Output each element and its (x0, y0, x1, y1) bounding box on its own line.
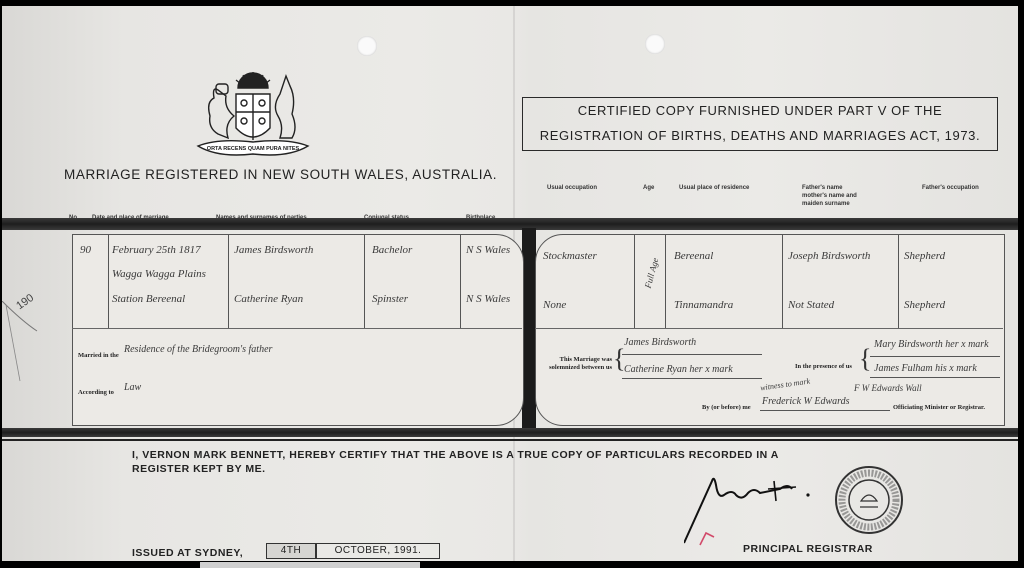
presence-label: In the presence of us (795, 363, 852, 371)
officiant-signature: Frederick W Edwards (762, 396, 850, 407)
groom-name: James Birdsworth (234, 244, 313, 256)
groom-status: Bachelor (372, 244, 412, 256)
grid-line (108, 234, 109, 328)
bride-residence: Tinnamandra (674, 299, 733, 311)
by-or-before-label: By (or before) me (702, 404, 751, 412)
signature-line (622, 378, 762, 379)
nsw-coat-of-arms-icon: ORTA RECENS QUAM PURA NITES (188, 68, 318, 164)
issued-at-label: ISSUED AT SYDNEY, (132, 547, 243, 559)
groom-father: Joseph Birdsworth (788, 250, 870, 262)
principal-registrar-title: PRINCIPAL REGISTRAR (743, 543, 873, 555)
entry-place-line2: Station Bereenal (112, 293, 185, 305)
grid-line (72, 328, 522, 329)
officiant-role: Officiating Minister or Registrar. (893, 404, 985, 412)
registrar-signature-icon (684, 471, 824, 551)
according-to-label: According to (78, 389, 114, 397)
grid-line (634, 234, 635, 328)
groom-residence: Bereenal (674, 250, 713, 262)
grid-line (228, 234, 229, 328)
col-header-father-occupation: Father's occupation (922, 184, 979, 192)
bride-name: Catherine Ryan (234, 293, 303, 305)
party1-signature: James Birdsworth (624, 337, 696, 348)
brace-icon: { (859, 346, 871, 372)
married-in-value: Residence of the Bridegroom's father (124, 344, 272, 355)
certification-statement: I, VERNON MARK BENNETT, HEREBY CERTIFY T… (132, 448, 779, 476)
grid-line (460, 234, 461, 328)
witness2-signature: James Fulham his x mark (874, 363, 977, 374)
top-divider-band (2, 218, 1018, 230)
certified-copy-line2: REGISTRATION OF BIRTHS, DEATHS AND MARRI… (523, 123, 997, 148)
grid-line (535, 328, 1003, 329)
bride-status: Spinster (372, 293, 408, 305)
scan-edge-bar (200, 562, 420, 568)
certified-copy-box: CERTIFIED COPY FURNISHED UNDER PART V OF… (522, 97, 998, 151)
bottom-divider-line (2, 439, 1018, 441)
signature-line (870, 356, 1000, 357)
punch-hole-left (357, 36, 377, 56)
witness1-signature: Mary Birdsworth her x mark (874, 339, 989, 350)
bride-birthplace: N S Wales (466, 293, 510, 305)
bride-father-occupation: Shepherd (904, 299, 945, 311)
signature-line (870, 377, 1000, 378)
grid-line (665, 234, 666, 328)
solemnized-label: This Marriage was solemnized between us (540, 356, 612, 372)
groom-occupation: Stockmaster (543, 250, 597, 262)
bride-father: Not Stated (788, 299, 834, 311)
groom-father-occupation: Shepherd (904, 250, 945, 262)
issued-month-year: OCTOBER, 1991. (316, 543, 440, 559)
center-gutter (522, 228, 536, 428)
entry-panel-left (72, 234, 524, 426)
married-in-label: Married in the (78, 352, 119, 360)
col-header-residence: Usual place of residence (679, 184, 749, 192)
party2-signature: Catherine Ryan her x mark (624, 364, 733, 375)
signature-line (760, 410, 890, 411)
bride-occupation: None (543, 299, 566, 311)
svg-text:ORTA RECENS QUAM PURA NITES: ORTA RECENS QUAM PURA NITES (207, 146, 300, 152)
entry-place-line1: Wagga Wagga Plains (112, 268, 206, 280)
issued-day: 4TH (266, 543, 316, 559)
registrar-seal-icon (834, 465, 904, 535)
punch-hole-right (645, 34, 665, 54)
entry-date: February 25th 1817 (112, 244, 201, 256)
grid-line (898, 234, 899, 328)
certified-copy-line1: CERTIFIED COPY FURNISHED UNDER PART V OF… (523, 98, 997, 123)
signature-line (622, 354, 762, 355)
bottom-divider-band (2, 428, 1018, 437)
entry-number: 90 (80, 244, 91, 256)
col-header-age: Age (643, 184, 654, 192)
col-header-occupation: Usual occupation (547, 184, 597, 192)
margin-pencil-mark-icon (2, 301, 42, 391)
col-header-father-name: Father's name mother's name and maiden s… (802, 184, 857, 208)
according-to-value: Law (124, 382, 141, 393)
grid-line (782, 234, 783, 328)
groom-birthplace: N S Wales (466, 244, 510, 256)
witness3-signature: F W Edwards Wall (854, 383, 922, 393)
registration-title: MARRIAGE REGISTERED IN NEW SOUTH WALES, … (64, 167, 497, 182)
grid-line (364, 234, 365, 328)
certificate-paper: ORTA RECENS QUAM PURA NITES MARRIAGE REG… (2, 6, 1018, 561)
